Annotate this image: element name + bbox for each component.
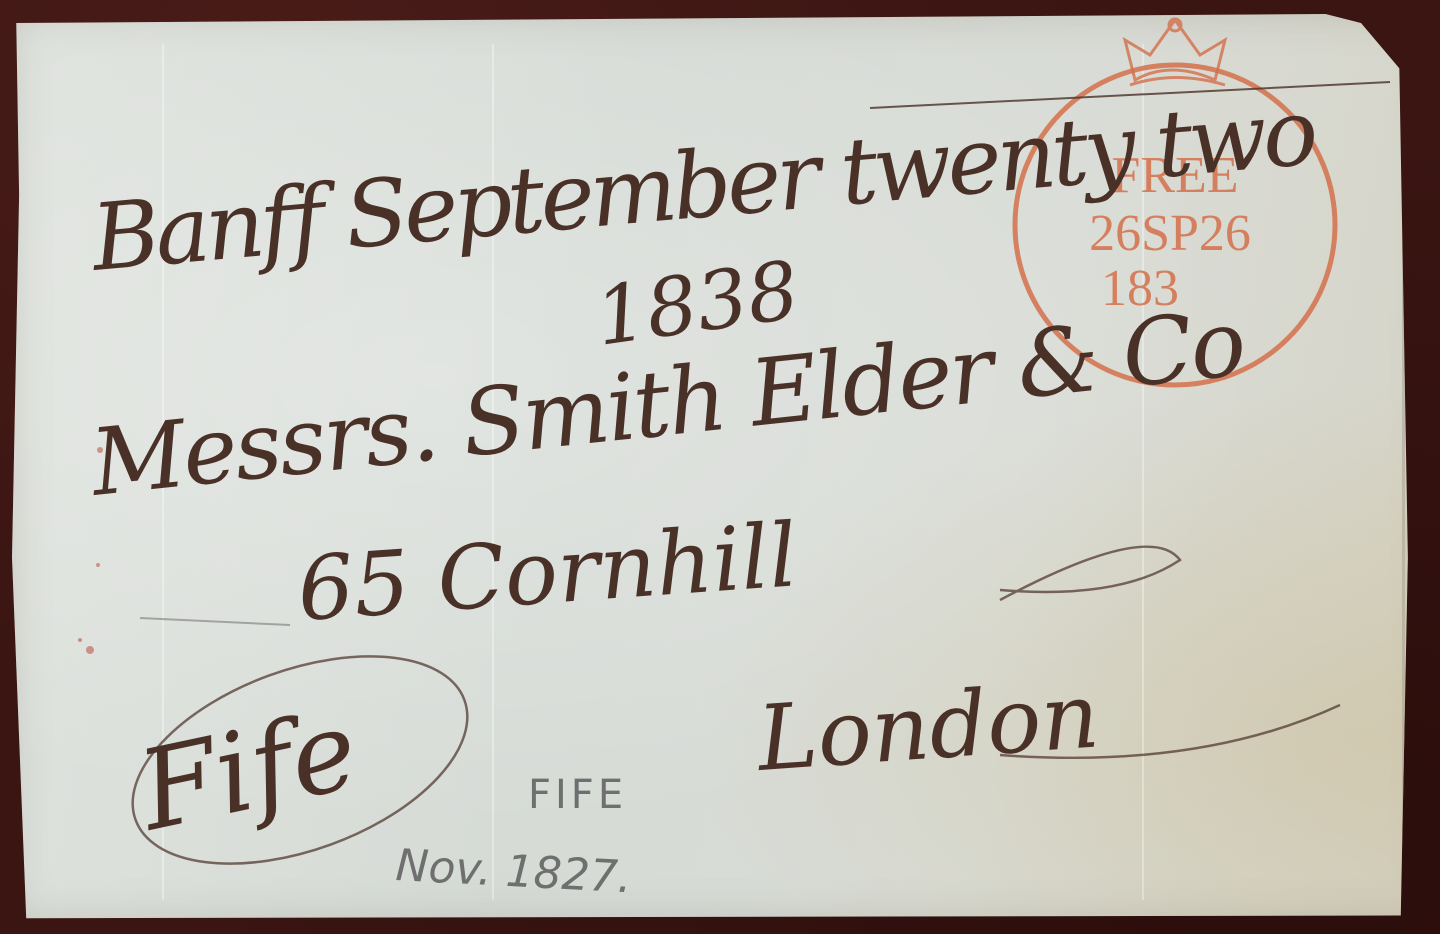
envelope-markings: FREE 26SP26 183 Banff September twenty t… <box>0 0 1440 934</box>
street-flourish <box>1000 547 1180 600</box>
street: 65 Cornhill <box>294 503 800 641</box>
pencil-note-fife: FIFE <box>528 772 627 818</box>
crown-icon <box>1125 19 1225 85</box>
pencil-dash <box>140 618 290 625</box>
city: London <box>752 663 1102 792</box>
postmark-line2: 26SP26 <box>1089 205 1251 262</box>
signature: Fife <box>127 685 368 856</box>
pencil-note-date: Nov. 1827. <box>394 840 633 903</box>
